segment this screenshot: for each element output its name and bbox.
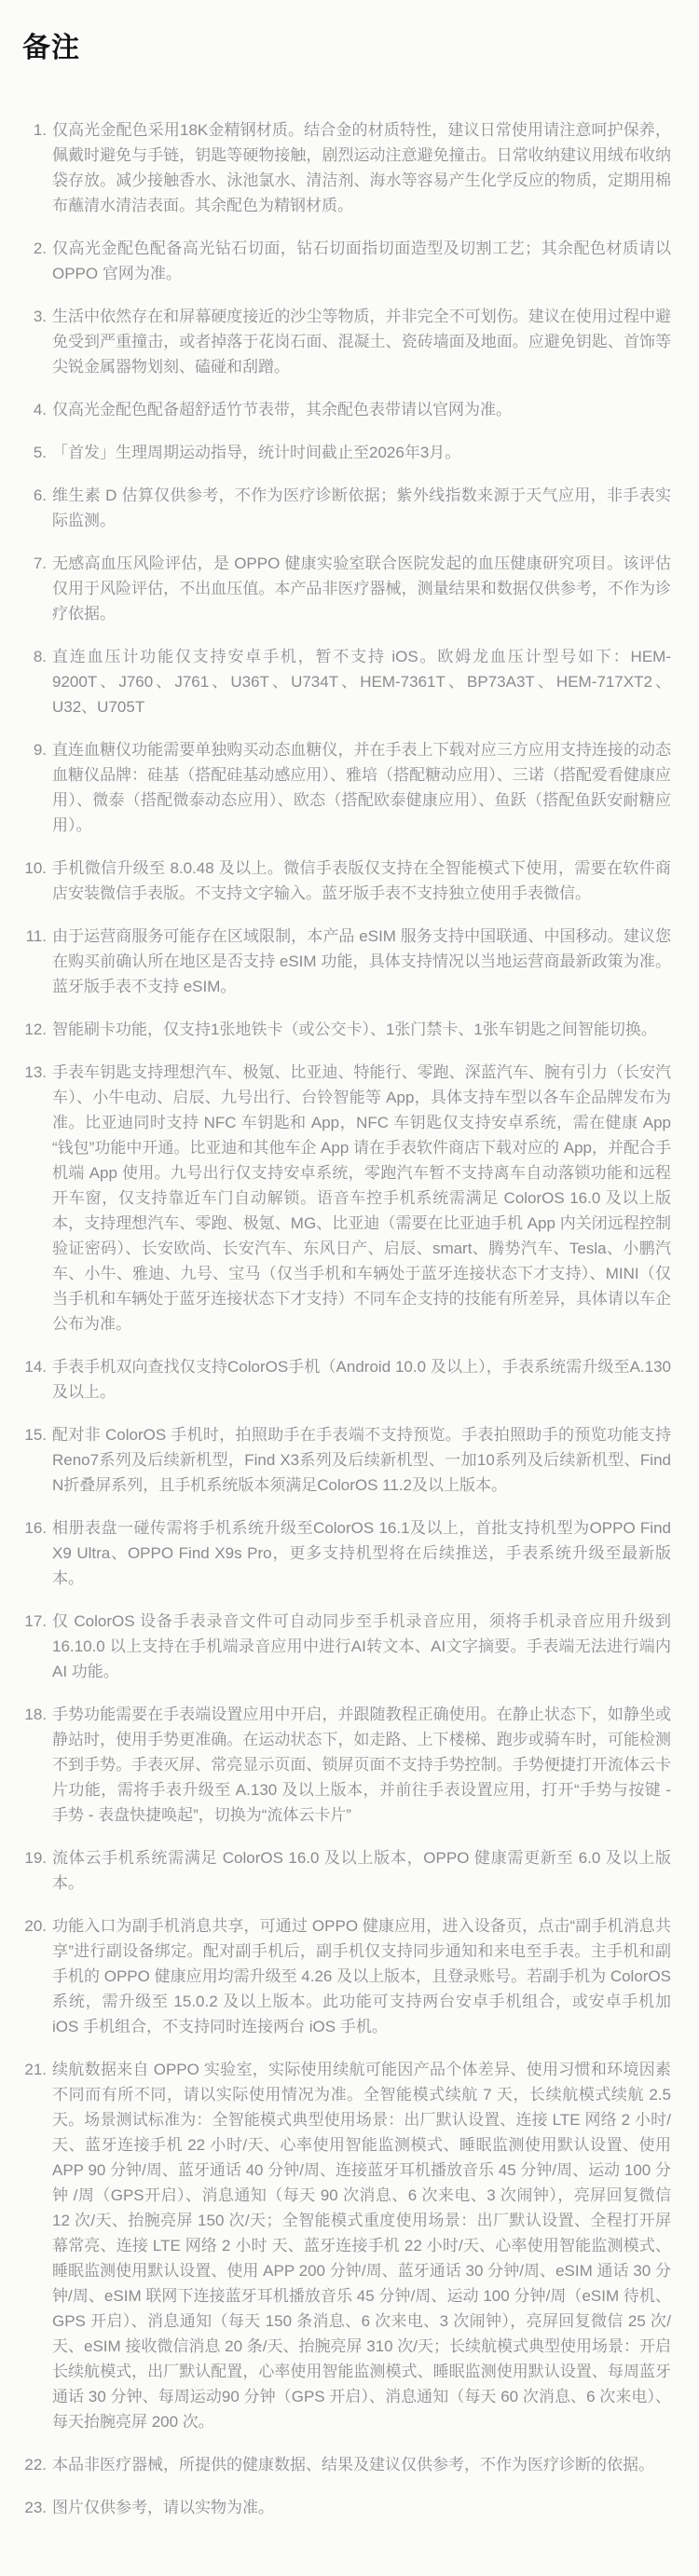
note-item: 2.仅高光金配色配备高光钻石切面，钻石切面指切面造型及切割工艺；其余配色材质请以…	[21, 236, 671, 286]
note-item: 17.仅 ColorOS 设备手表录音文件可自动同步至手机录音应用，须将手机录音…	[21, 1609, 671, 1684]
note-number: 16.	[21, 1515, 47, 1541]
note-text: 图片仅供参考，请以实物为准。	[52, 2495, 671, 2520]
note-number: 22.	[21, 2452, 47, 2477]
note-number: 17.	[21, 1609, 47, 1634]
note-number: 11.	[21, 924, 47, 949]
note-item: 18.手势功能需要在手表端设置应用中开启，并跟随教程正确使用。在静止状态下，如静…	[21, 1702, 671, 1828]
note-text: 维生素 D 估算仅供参考，不作为医疗诊断依据；紫外线指数来源于天气应用，非手表实…	[52, 483, 671, 533]
note-text: 手势功能需要在手表端设置应用中开启，并跟随教程正确使用。在静止状态下，如静坐或静…	[52, 1702, 671, 1828]
note-text: 仅高光金配色配备超舒适竹节表带，其余配色表带请以官网为准。	[52, 397, 671, 422]
note-text: 续航数据来自 OPPO 实验室，实际使用续航可能因产品个体差异、使用习惯和环境因…	[52, 2057, 671, 2434]
note-text: 仅 ColorOS 设备手表录音文件可自动同步至手机录音应用，须将手机录音应用升…	[52, 1609, 671, 1684]
note-item: 3.生活中依然存在和屏幕硬度接近的沙尘等物质，并非完全不可划伤。建议在使用过程中…	[21, 304, 671, 379]
note-number: 13.	[21, 1060, 47, 1085]
note-item: 6.维生素 D 估算仅供参考，不作为医疗诊断依据；紫外线指数来源于天气应用，非手…	[21, 483, 671, 533]
note-text: 流体云手机系统需满足 ColorOS 16.0 及以上版本，OPPO 健康需更新…	[52, 1845, 671, 1896]
note-text: 由于运营商服务可能存在区域限制，本产品 eSIM 服务支持中国联通、中国移动。建…	[52, 924, 671, 999]
note-item: 1.仅高光金配色采用18K金精钢材质。结合金的材质特性，建议日常使用请注意呵护保…	[21, 117, 671, 218]
note-item: 9.直连血糖仪功能需要单独购买动态血糖仪，并在手表上下载对应三方应用支持连接的动…	[21, 737, 671, 838]
note-item: 20.功能入口为副手机消息共享，可通过 OPPO 健康应用，进入设备页，点击“副…	[21, 1913, 671, 2039]
note-number: 23.	[21, 2495, 47, 2520]
notes-list: 1.仅高光金配色采用18K金精钢材质。结合金的材质特性，建议日常使用请注意呵护保…	[21, 117, 671, 2520]
note-item: 7.无感高血压风险评估，是 OPPO 健康实验室联合医院发起的血压健康研究项目。…	[21, 551, 671, 626]
note-number: 14.	[21, 1354, 47, 1379]
note-item: 12.智能刷卡功能，仅支持1张地铁卡（或公交卡）、1张门禁卡、1张车钥匙之间智能…	[21, 1017, 671, 1042]
note-text: 「首发」生理周期运动指导，统计时间截止至2026年3月。	[52, 440, 671, 465]
note-text: 手机微信升级至 8.0.48 及以上。微信手表版仅支持在全智能模式下使用，需要在…	[52, 856, 671, 906]
note-number: 15.	[21, 1422, 47, 1447]
note-number: 18.	[21, 1702, 47, 1727]
note-text: 手表车钥匙支持理想汽车、极氪、比亚迪、特能行、零跑、深蓝汽车、腕有引力（长安汽车…	[52, 1060, 671, 1336]
note-number: 12.	[21, 1017, 47, 1042]
page-title: 备注	[22, 24, 671, 65]
note-text: 相册表盘一碰传需将手机系统升级至ColorOS 16.1及以上，首批支持机型为O…	[52, 1515, 671, 1591]
note-number: 8.	[21, 644, 47, 669]
note-item: 8.直连血压计功能仅支持安卓手机，暂不支持 iOS。欧姆龙血压计型号如下：HEM…	[21, 644, 671, 719]
note-number: 9.	[21, 737, 47, 762]
note-item: 13.手表车钥匙支持理想汽车、极氪、比亚迪、特能行、零跑、深蓝汽车、腕有引力（长…	[21, 1060, 671, 1336]
note-number: 10.	[21, 856, 47, 881]
note-number: 5.	[21, 440, 47, 465]
note-number: 7.	[21, 551, 47, 576]
note-text: 仅高光金配色配备高光钻石切面，钻石切面指切面造型及切割工艺；其余配色材质请以 O…	[52, 236, 671, 286]
note-text: 直连血压计功能仅支持安卓手机，暂不支持 iOS。欧姆龙血压计型号如下：HEM-9…	[52, 644, 671, 719]
note-text: 仅高光金配色采用18K金精钢材质。结合金的材质特性，建议日常使用请注意呵护保养，…	[52, 117, 671, 218]
note-number: 19.	[21, 1845, 47, 1870]
note-text: 无感高血压风险评估，是 OPPO 健康实验室联合医院发起的血压健康研究项目。该评…	[52, 551, 671, 626]
note-number: 21.	[21, 2057, 47, 2082]
notes-section: 备注 1.仅高光金配色采用18K金精钢材质。结合金的材质特性，建议日常使用请注意…	[0, 0, 699, 2576]
note-text: 本品非医疗器械，所提供的健康数据、结果及建议仅供参考，不作为医疗诊断的依据。	[52, 2452, 671, 2477]
note-number: 3.	[21, 304, 47, 329]
note-text: 手表手机双向查找仅支持ColorOS手机（Android 10.0 及以上），手…	[52, 1354, 671, 1404]
note-item: 19.流体云手机系统需满足 ColorOS 16.0 及以上版本，OPPO 健康…	[21, 1845, 671, 1896]
note-number: 1.	[21, 117, 47, 143]
note-item: 5.「首发」生理周期运动指导，统计时间截止至2026年3月。	[21, 440, 671, 465]
note-text: 直连血糖仪功能需要单独购买动态血糖仪，并在手表上下载对应三方应用支持连接的动态血…	[52, 737, 671, 838]
note-item: 10.手机微信升级至 8.0.48 及以上。微信手表版仅支持在全智能模式下使用，…	[21, 856, 671, 906]
note-item: 16.相册表盘一碰传需将手机系统升级至ColorOS 16.1及以上，首批支持机…	[21, 1515, 671, 1591]
note-item: 22.本品非医疗器械，所提供的健康数据、结果及建议仅供参考，不作为医疗诊断的依据…	[21, 2452, 671, 2477]
note-item: 21.续航数据来自 OPPO 实验室，实际使用续航可能因产品个体差异、使用习惯和…	[21, 2057, 671, 2434]
note-text: 智能刷卡功能，仅支持1张地铁卡（或公交卡）、1张门禁卡、1张车钥匙之间智能切换。	[52, 1017, 671, 1042]
note-item: 15.配对非 ColorOS 手机时，拍照助手在手表端不支持预览。手表拍照助手的…	[21, 1422, 671, 1498]
note-text: 功能入口为副手机消息共享，可通过 OPPO 健康应用，进入设备页，点击“副手机消…	[52, 1913, 671, 2039]
note-item: 14.手表手机双向查找仅支持ColorOS手机（Android 10.0 及以上…	[21, 1354, 671, 1404]
note-text: 生活中依然存在和屏幕硬度接近的沙尘等物质，并非完全不可划伤。建议在使用过程中避免…	[52, 304, 671, 379]
note-item: 4.仅高光金配色配备超舒适竹节表带，其余配色表带请以官网为准。	[21, 397, 671, 422]
note-number: 20.	[21, 1913, 47, 1939]
note-number: 4.	[21, 397, 47, 422]
note-item: 23.图片仅供参考，请以实物为准。	[21, 2495, 671, 2520]
note-text: 配对非 ColorOS 手机时，拍照助手在手表端不支持预览。手表拍照助手的预览功…	[52, 1422, 671, 1498]
note-number: 2.	[21, 236, 47, 261]
note-number: 6.	[21, 483, 47, 508]
note-item: 11.由于运营商服务可能存在区域限制，本产品 eSIM 服务支持中国联通、中国移…	[21, 924, 671, 999]
